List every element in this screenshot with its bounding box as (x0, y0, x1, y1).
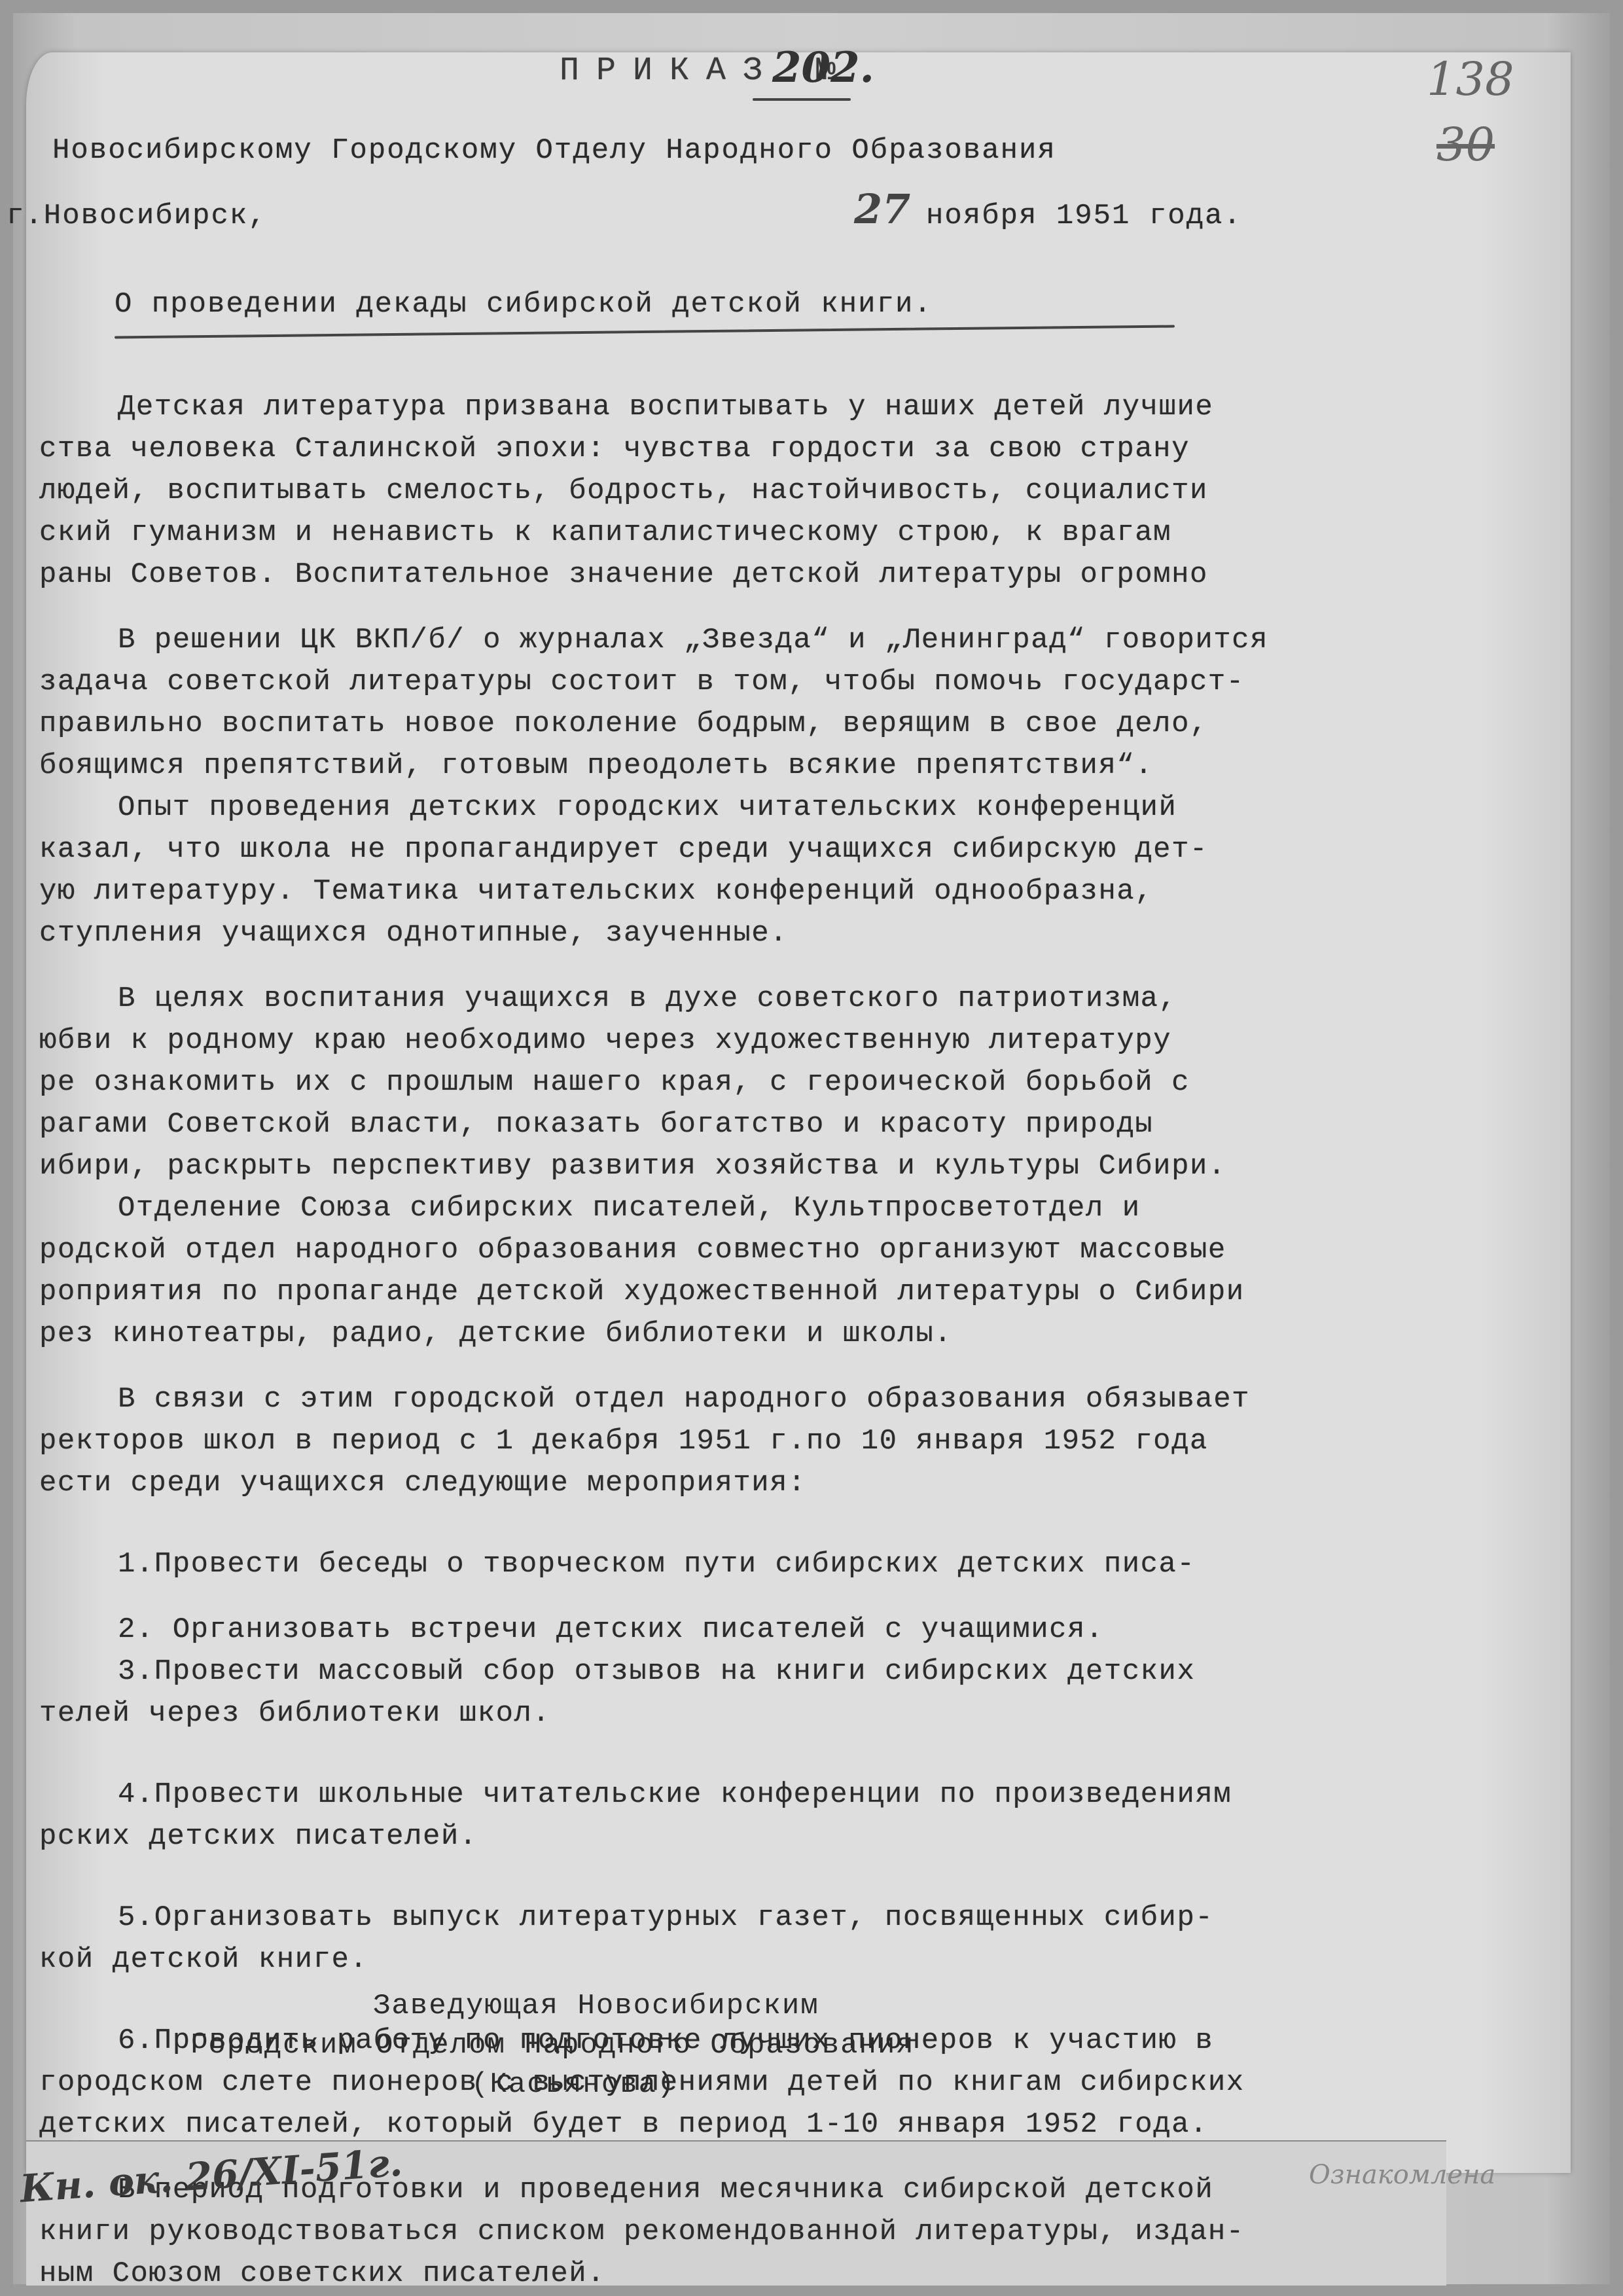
list-item-3: 3.Провести массовый сбор отзывов на книг… (39, 1651, 1590, 1734)
text-line: детских писателей, который будет в перио… (39, 2104, 1590, 2145)
text-line: казал, что школа не пропагандирует среди… (39, 829, 1590, 870)
list-item-5: 5.Организовать выпуск литературных газет… (39, 1897, 1590, 1981)
text-line: 1.Провести беседы о творческом пути сиби… (39, 1543, 1590, 1585)
text-line: В решении ЦК ВКП/б/ о журналах „Звезда“ … (39, 619, 1590, 661)
subject-line: О проведении декады сибирской детской кн… (115, 288, 933, 321)
handwritten-note-bottom-right: Ознакомлена (1309, 2160, 1495, 2190)
list-item-2: 2. Организовать встречи детских писателе… (39, 1609, 1590, 1651)
text-line: ую литературу. Тематика читательских кон… (39, 870, 1590, 912)
text-line: 4.Провести школьные читательские конфере… (39, 1774, 1590, 1816)
text-line: ре ознакомить их с прошлым нашего края, … (39, 1062, 1590, 1103)
list-item-4: 4.Провести школьные читательские конфере… (39, 1774, 1590, 1857)
sheet-number: 138 (1427, 52, 1514, 106)
date: ноября 1951 года. (926, 200, 1242, 232)
order-number: 202. (772, 43, 874, 92)
text-line: юбви к родному краю необходимо через худ… (39, 1020, 1590, 1062)
text-line: ибири, раскрыть перспективу развития хоз… (39, 1145, 1590, 1187)
text-line: ступления учащихся однотипные, заученные… (39, 912, 1590, 954)
text-line: городском слете пионеров с выступлениями… (39, 2062, 1590, 2104)
text-line: кой детской книге. (39, 1939, 1590, 1981)
text-line: родской отдел народного образования совм… (39, 1229, 1590, 1271)
text-line: 5.Организовать выпуск литературных газет… (39, 1897, 1590, 1939)
text-line: раны Советов. Воспитательное значение де… (39, 554, 1590, 596)
city: г.Новосибирск, (7, 200, 267, 232)
text-line: боящимся препятствий, готовым преодолеть… (39, 745, 1590, 787)
text-line: Отделение Союза сибирских писателей, Кул… (39, 1187, 1590, 1229)
order-number-underline (753, 98, 851, 101)
text-line: задача советской литературы состоит в то… (39, 661, 1590, 703)
old-sheet-number: 30 (1436, 118, 1495, 171)
text-line: правильно воспитать новое поколение бодр… (39, 703, 1590, 745)
text-line: Детская литература призвана воспитывать … (39, 386, 1590, 428)
signature-title-line-1: Заведующая Новосибирским (373, 1990, 819, 2022)
text-line: Опыт проведения детских городских читате… (39, 787, 1590, 829)
text-line: ства человека Сталинской эпохи: чувства … (39, 428, 1590, 470)
signature-name: (Касьянова) (471, 2068, 675, 2101)
text-line: ным Союзом советских писателей. (39, 2253, 1590, 2295)
date-day: 27 (854, 185, 910, 233)
signature-title-line-2: Городским Отделом Народного Образования (190, 2029, 915, 2062)
text-line: 3.Провести массовый сбор отзывов на книг… (39, 1651, 1590, 1693)
list-item-1: 1.Провести беседы о творческом пути сиби… (39, 1543, 1590, 1585)
paragraph-4: В связи с этим городской отдел народного… (39, 1378, 1590, 1504)
text-line: ести среди учащихся следующие мероприяти… (39, 1462, 1590, 1504)
text-line: ский гуманизм и ненависть к капиталистич… (39, 512, 1590, 554)
paragraph-3: В целях воспитания учащихся в духе совет… (39, 978, 1590, 1355)
text-line: В связи с этим городской отдел народного… (39, 1378, 1590, 1420)
text-line: В целях воспитания учащихся в духе совет… (39, 978, 1590, 1020)
text-line: телей через библиотеки школ. (39, 1693, 1590, 1734)
addressee: Новосибирскому Городскому Отделу Народно… (52, 134, 1056, 167)
text-line: рских детских писателей. (39, 1816, 1590, 1857)
text-line: людей, воспитывать смелость, бодрость, н… (39, 470, 1590, 512)
text-line: 2. Организовать встречи детских писателе… (39, 1609, 1590, 1651)
text-line: ректоров школ в период с 1 декабря 1951 … (39, 1420, 1590, 1462)
text-line: книги руководствоваться списком рекоменд… (39, 2211, 1590, 2253)
text-line: роприятия по пропаганде детской художест… (39, 1271, 1590, 1313)
text-line: рез кинотеатры, радио, детские библиотек… (39, 1313, 1590, 1355)
paragraph-2: В решении ЦК ВКП/б/ о журналах „Звезда“ … (39, 619, 1590, 954)
paragraph-1: Детская литература призвана воспитывать … (39, 386, 1590, 596)
text-line: рагами Советской власти, показать богатс… (39, 1103, 1590, 1145)
